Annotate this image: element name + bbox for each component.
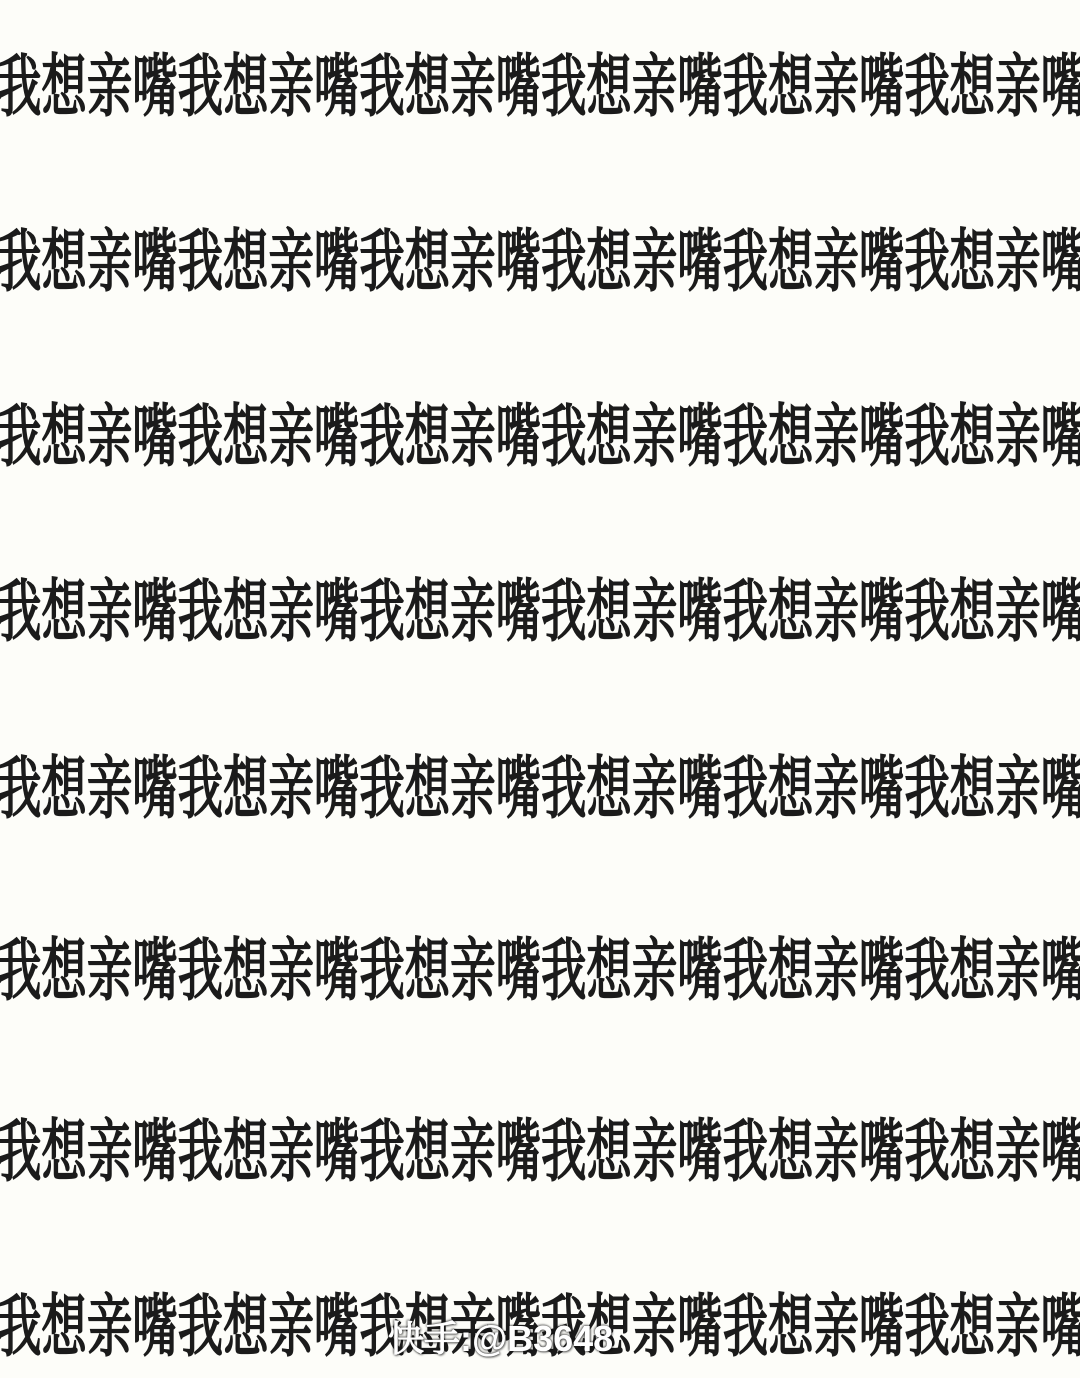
meme-row: 我想亲嘴我想亲嘴我想亲嘴我想亲嘴我想亲嘴我想亲嘴 <box>0 207 1080 317</box>
meme-text-line: 我想亲嘴我想亲嘴我想亲嘴我想亲嘴我想亲嘴我想亲嘴 <box>0 574 1080 650</box>
meme-row: 我想亲嘴我想亲嘴我想亲嘴我想亲嘴我想亲嘴我想亲嘴 <box>0 32 1080 142</box>
meme-text-line: 我想亲嘴我想亲嘴我想亲嘴我想亲嘴我想亲嘴我想亲嘴 <box>0 751 1080 827</box>
meme-text-line: 我想亲嘴我想亲嘴我想亲嘴我想亲嘴我想亲嘴我想亲嘴 <box>0 933 1080 1009</box>
meme-image: 我想亲嘴我想亲嘴我想亲嘴我想亲嘴我想亲嘴我想亲嘴 我想亲嘴我想亲嘴我想亲嘴我想亲… <box>0 0 1080 1378</box>
meme-text-line: 我想亲嘴我想亲嘴我想亲嘴我想亲嘴我想亲嘴我想亲嘴 <box>0 224 1080 300</box>
meme-text-line: 我想亲嘴我想亲嘴我想亲嘴我想亲嘴我想亲嘴我想亲嘴 <box>0 49 1080 125</box>
meme-text-line: 我想亲嘴我想亲嘴我想亲嘴我想亲嘴我想亲嘴我想亲嘴 <box>0 399 1080 475</box>
meme-row: 我想亲嘴我想亲嘴我想亲嘴我想亲嘴我想亲嘴我想亲嘴 <box>0 734 1080 844</box>
meme-row: 我想亲嘴我想亲嘴我想亲嘴我想亲嘴我想亲嘴我想亲嘴 <box>0 916 1080 1026</box>
meme-row: 我想亲嘴我想亲嘴我想亲嘴我想亲嘴我想亲嘴我想亲嘴 <box>0 382 1080 492</box>
meme-row: 我想亲嘴我想亲嘴我想亲嘴我想亲嘴我想亲嘴我想亲嘴 <box>0 1097 1080 1207</box>
meme-row: 我想亲嘴我想亲嘴我想亲嘴我想亲嘴我想亲嘴我想亲嘴 <box>0 557 1080 667</box>
meme-text-line: 我想亲嘴我想亲嘴我想亲嘴我想亲嘴我想亲嘴我想亲嘴 <box>0 1114 1080 1190</box>
kuaishou-watermark: 快手:@B3648 <box>388 1311 613 1362</box>
